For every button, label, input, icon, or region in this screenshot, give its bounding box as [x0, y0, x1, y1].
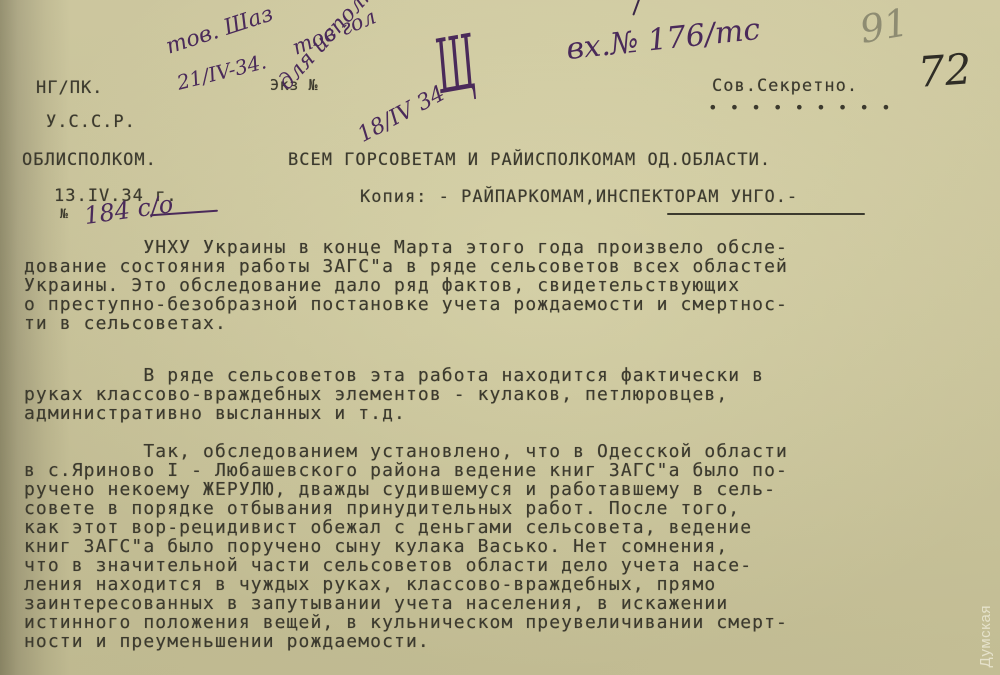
body-text-line: заинтересованных в запутывании учета нас…: [24, 596, 728, 612]
body-text-line: ности и преуменьшении рождаемости.: [24, 634, 430, 650]
archive-folio-number-gray: 91: [857, 0, 912, 52]
number-prefix: №: [60, 207, 69, 222]
body-text-line: УНХУ Украины в конце Марта этого года пр…: [24, 240, 788, 256]
body-text-line: истинного положения вещей, в кульническо…: [24, 615, 788, 631]
body-text-line: как этот вор-рецидивист обежал с деньгам…: [24, 520, 752, 536]
classification-stamp: Сов.Секретно.: [712, 76, 858, 96]
body-text-line: Так, обследованием установлено, что в Од…: [24, 444, 788, 460]
body-text-line: в с.Яриново I - Любашевского района веде…: [24, 463, 788, 479]
body-text-line: книг ЗАГС"а было поручено сыну кулака Ва…: [24, 539, 728, 555]
republic-label: У.С.С.Р.: [46, 112, 136, 132]
document-index: НГ/ПК.: [36, 78, 103, 98]
issuing-organization: ОБЛИСПОЛКОМ.: [22, 150, 157, 170]
body-text-line: ти в сельсоветах.: [24, 316, 227, 332]
body-text-line: дование состояния работы ЗАГС"а в ряде с…: [24, 259, 788, 275]
body-text-line: административно высланных и т.д.: [24, 406, 406, 422]
publisher-watermark: Думская: [977, 605, 994, 668]
body-text-line: совете в порядке отбывания принудительны…: [24, 501, 740, 517]
body-text-line: Украины. Это обследование дало ряд факто…: [24, 278, 740, 294]
body-text-line: ручено некоему ЖЕРУЛЮ, дважды судившемус…: [24, 482, 776, 498]
archive-page-number: 72: [916, 44, 973, 97]
body-text-line: ления находится в чуждых руках, классово…: [24, 577, 716, 593]
addressee-underline: [667, 213, 865, 215]
classification-dots: •••••••••: [708, 98, 903, 117]
addressee-main: ВСЕМ ГОРСОВЕТАМ И РАЙИСПОЛКОМАМ ОД.ОБЛАС…: [288, 150, 771, 170]
body-text-line: В ряде сельсоветов эта работа находится …: [24, 368, 764, 384]
body-text-line: руках классово-враждебных элементов - ку…: [24, 387, 728, 403]
body-text-line: о преступно-безобразной постановке учета…: [24, 297, 788, 313]
body-text-line: что в значительной части сельсоветов обл…: [24, 558, 752, 574]
addressee-copy: Копия: - РАЙПАРКОМАМ,ИНСПЕКТОРАМ УНГО.-: [360, 187, 798, 207]
